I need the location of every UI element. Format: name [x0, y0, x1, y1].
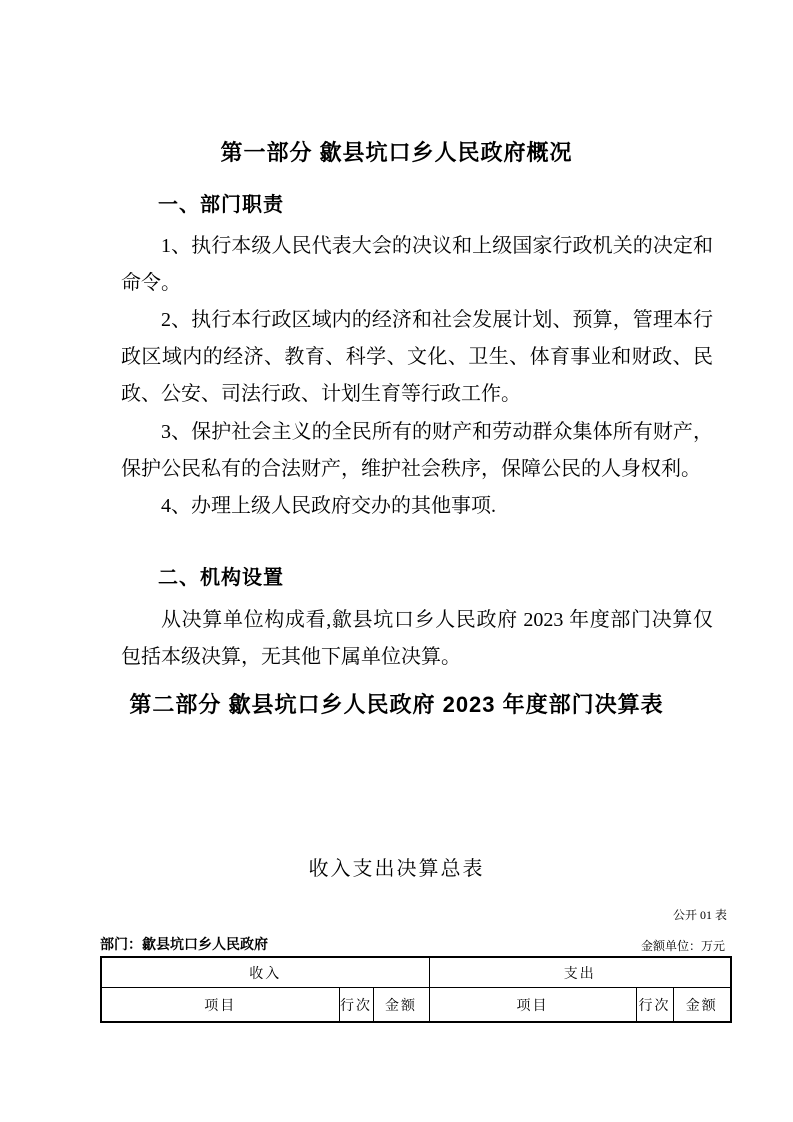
document-page: 第一部分 歙县坑口乡人民政府概况 一、部门职责 1、执行本级人民代表大会的决议和…	[0, 0, 793, 1122]
organization-paragraph: 从决算单位构成看,歙县坑口乡人民政府 2023 年度部门决算仅包括本级决算，无其…	[121, 602, 713, 676]
duty-paragraph-2: 2、执行本行政区域内的经济和社会发展计划、预算，管理本行政区域内的经济、教育、科…	[121, 302, 713, 413]
part2-title: 第二部分 歙县坑口乡人民政府 2023 年度部门决算表	[0, 688, 793, 719]
table-column-header-row: 项目 行次 金额 项目 行次 金额	[101, 988, 731, 1023]
summary-table: 收入 支出 项目 行次 金额 项目 行次 金额	[100, 956, 732, 1023]
expenditure-item-header: 项目	[429, 988, 636, 1023]
duty-paragraph-4: 4、办理上级人民政府交办的其他事项.	[121, 488, 713, 525]
expenditure-row-no-header: 行次	[636, 988, 673, 1023]
duty-paragraph-1: 1、执行本级人民代表大会的决议和上级国家行政机关的决定和命令。	[121, 228, 713, 302]
income-row-no-header: 行次	[339, 988, 373, 1023]
form-code-label: 公开 01 表	[673, 906, 727, 923]
income-amount-header: 金额	[373, 988, 429, 1023]
unit-label: 金额单位：万元	[641, 937, 725, 954]
expenditure-group-header: 支出	[429, 957, 731, 988]
section1-heading: 一、部门职责	[158, 188, 284, 217]
table-group-header-row: 收入 支出	[101, 957, 731, 988]
part1-title: 第一部分 歙县坑口乡人民政府概况	[0, 136, 793, 167]
section2-heading: 二、机构设置	[158, 561, 284, 590]
expenditure-amount-header: 金额	[673, 988, 731, 1023]
department-label: 部门：歙县坑口乡人民政府	[100, 934, 268, 954]
income-item-header: 项目	[101, 988, 339, 1023]
duty-paragraph-3: 3、保护社会主义的全民所有的财产和劳动群众集体所有财产，保护公民私有的合法财产，…	[121, 414, 713, 488]
income-group-header: 收入	[101, 957, 429, 988]
summary-table-title: 收入支出决算总表	[0, 852, 793, 881]
